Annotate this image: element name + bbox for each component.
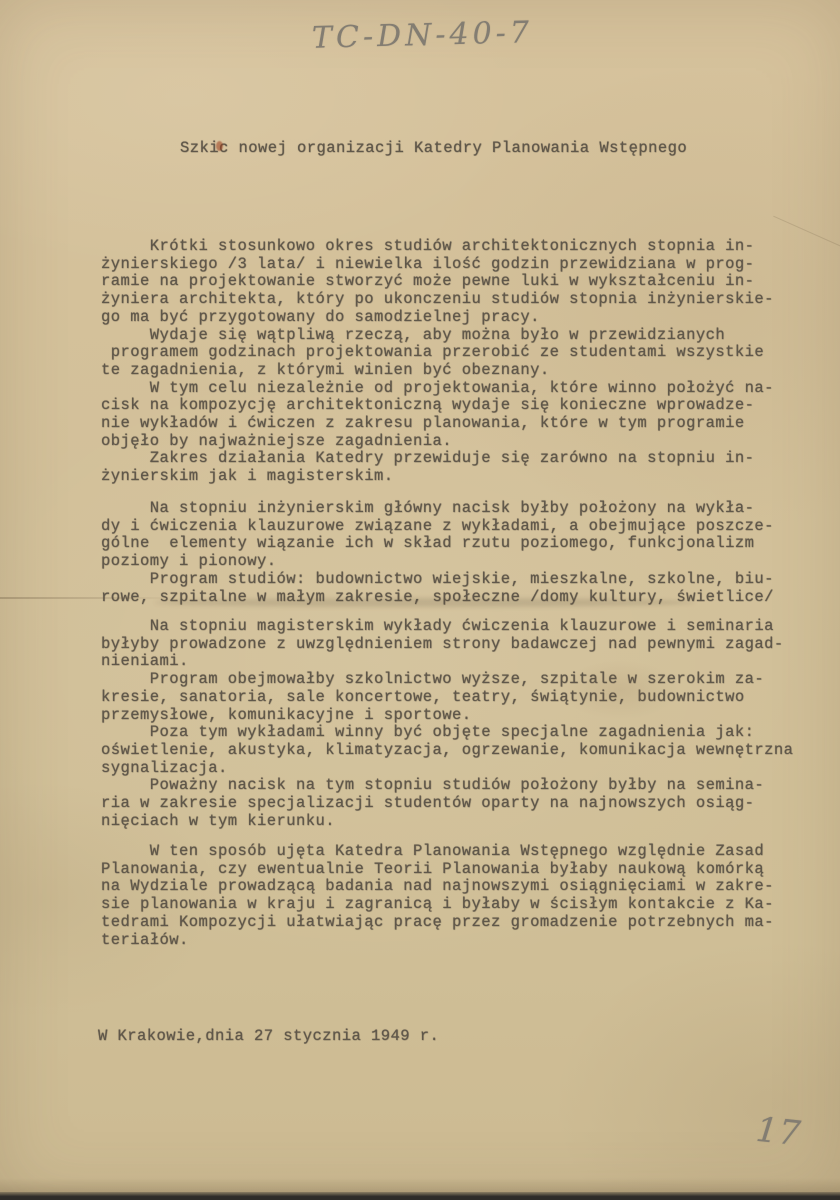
handwritten-reference-number: TC-DN-40-7 — [312, 15, 534, 56]
document-title: Szkic nowej organizacji Katedry Planowan… — [180, 140, 687, 158]
scan-background-edge — [0, 1192, 840, 1200]
scanned-document-page: TC-DN-40-7 Szkic nowej organizacji Kated… — [0, 0, 840, 1200]
paragraph-group-conclusion: W ten sposób ujęta Katedra Planowania Ws… — [101, 843, 774, 949]
paper-crease-right — [773, 216, 840, 249]
handwritten-page-number: 17 — [754, 1110, 803, 1155]
document-dateline: W Krakowie,dnia 27 stycznia 1949 r. — [98, 1028, 439, 1046]
paragraph-group-engineering-level: Na stopniu inżynierskim główny nacisk by… — [101, 500, 774, 606]
paragraph-group-introduction: Krótki stosunkowo okres studiów architek… — [101, 238, 774, 486]
paragraph-group-masters-level: Na stopniu magisterskim wykłady ćwiczeni… — [101, 618, 793, 830]
paper-edge-shadow — [0, 1178, 840, 1192]
